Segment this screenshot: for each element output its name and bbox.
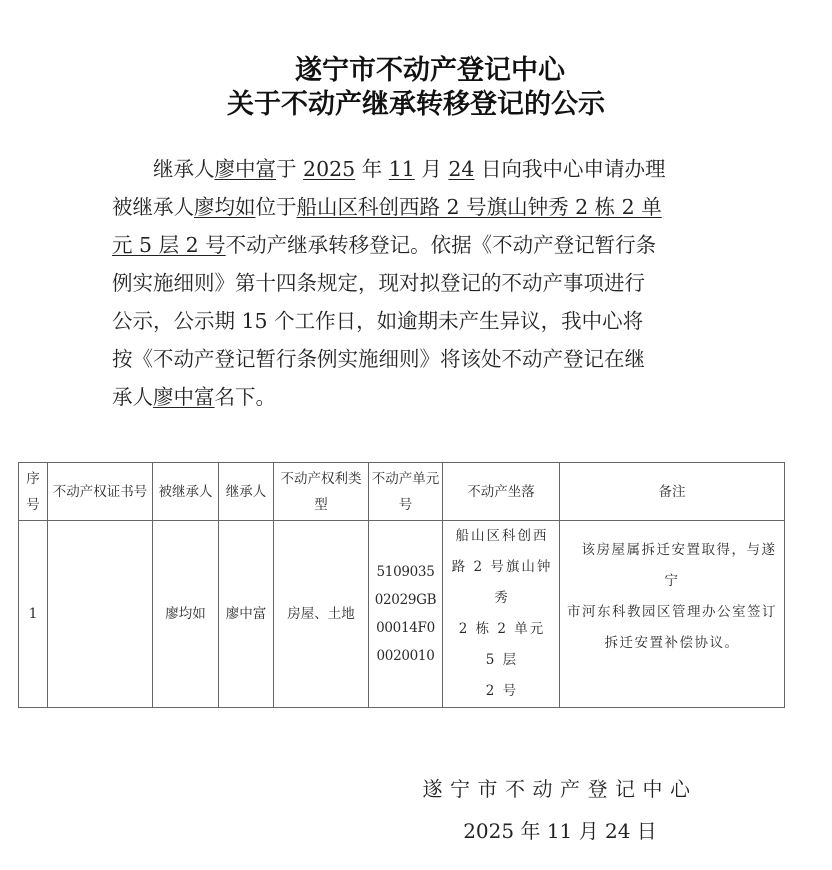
table-header-row: 序号 不动产权证书号 被继承人 继承人 不动产权利类型 不动产单元号 不动产坐落… (19, 463, 785, 521)
heir-name: 廖中富 (215, 157, 277, 181)
heir-name-repeat: 廖中富 (153, 385, 215, 409)
inheritance-records-table: 序号 不动产权证书号 被继承人 继承人 不动产权利类型 不动产单元号 不动产坐落… (18, 462, 785, 708)
cell-seq: 1 (19, 521, 48, 708)
cell-location: 船山区科创西 路 2 号旗山钟秀 2 栋 2 单元 5 层 2 号 (443, 521, 560, 708)
cell-right-type: 房屋、土地 (274, 521, 369, 708)
body-line-3: 元 5 层 2 号不动产继承转移登记。依据《不动产登记暂行条 (112, 226, 724, 264)
header-right-type: 不动产权利类型 (274, 463, 369, 521)
property-address-part-2: 元 5 层 2 号 (112, 233, 226, 257)
apply-month: 11 (389, 157, 415, 181)
cell-unit-no: 5109035 02029GB 00014F0 0020010 (369, 521, 443, 708)
header-decedent: 被继承人 (153, 463, 219, 521)
notice-body: 继承人廖中富于 2025 年 11 月 24 日向我中心申请办理 被继承人廖均如… (112, 150, 724, 416)
header-unit-no: 不动产单元号 (369, 463, 443, 521)
header-cert-no: 不动产权证书号 (48, 463, 153, 521)
apply-day: 24 (448, 157, 474, 181)
body-line-5: 公示，公示期 15 个工作日，如逾期未产生异议，我中心将 (112, 302, 724, 340)
property-address-part-1: 船山区科创西路 2 号旗山钟秀 2 栋 2 单 (297, 195, 662, 219)
signature-date: 2025 年 11 月 24 日 (400, 815, 720, 844)
header-remark: 备注 (560, 463, 785, 521)
signature-organization: 遂宁市不动产登记中心 (400, 773, 720, 802)
apply-year: 2025 (303, 157, 355, 181)
body-line-6: 按《不动产登记暂行条例实施细则》将该处不动产登记在继 (112, 340, 724, 378)
cell-remark: 该房屋属拆迁安置取得，与遂宁 市河东科教园区管理办公室签订 拆迁安置补偿协议。 (560, 521, 785, 708)
header-seq: 序号 (19, 463, 48, 521)
body-line-7: 承人廖中富名下。 (112, 378, 724, 416)
header-heir: 继承人 (219, 463, 274, 521)
body-line-1: 继承人廖中富于 2025 年 11 月 24 日向我中心申请办理 (112, 150, 724, 188)
cell-heir: 廖中富 (219, 521, 274, 708)
table-row: 1 廖均如 廖中富 房屋、土地 5109035 02029GB 00014F0 … (19, 521, 785, 708)
body-line-2: 被继承人廖均如位于船山区科创西路 2 号旗山钟秀 2 栋 2 单 (112, 188, 724, 226)
body-line-4: 例实施细则》第十四条规定，现对拟登记的不动产事项进行 (112, 264, 724, 302)
cell-cert-no (48, 521, 153, 708)
decedent-name: 廖均如 (194, 195, 256, 219)
cell-decedent: 廖均如 (153, 521, 219, 708)
header-location: 不动产坐落 (443, 463, 560, 521)
title-line-2: 关于不动产继承转移登记的公示 (0, 82, 832, 121)
